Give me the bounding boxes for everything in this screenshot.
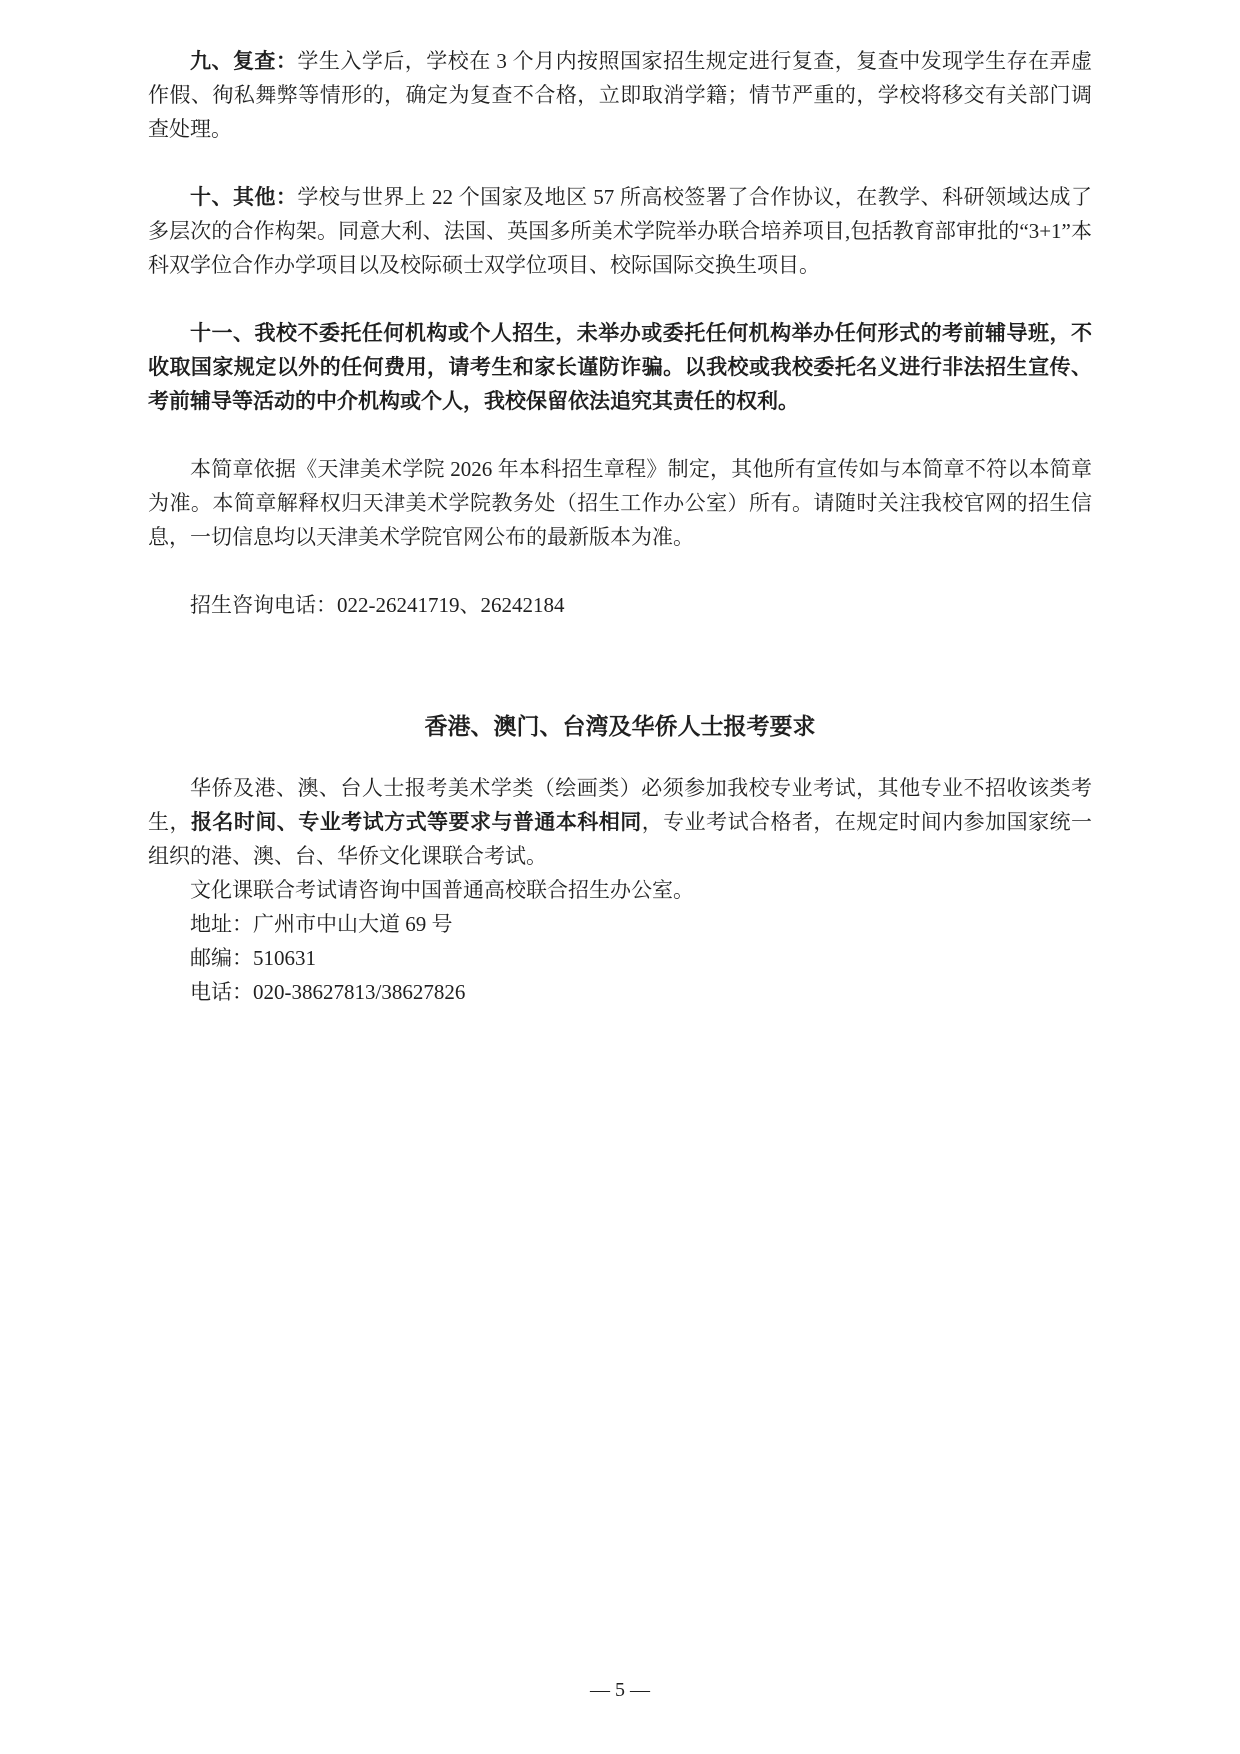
document-page: 九、复查：学生入学后，学校在 3 个月内按照国家招生规定进行复查，复查中发现学生… [0, 0, 1240, 1754]
address-line: 地址：广州市中山大道 69 号 [148, 907, 1092, 941]
others-paragraph: 十、其他：学校与世界上 22 个国家及地区 57 所高校签署了合作协议，在教学、… [148, 180, 1092, 282]
text-run: 邮编：510631 [190, 946, 316, 970]
admission-hotline-paragraph: 招生咨询电话：022-26241719、26242184 [148, 588, 1092, 622]
bold-text-run: 十、其他： [190, 185, 297, 209]
bold-text-run: 九、复查： [190, 49, 297, 73]
hmt-overseas-section-title: 香港、澳门、台湾及华侨人士报考要求 [148, 707, 1092, 747]
text-run: 电话：020-38627813/38627826 [190, 980, 465, 1004]
joint-exam-info-line: 文化课联合考试请咨询中国普通高校联合招生办公室。 [148, 873, 1092, 907]
hmt-requirements-paragraph: 华侨及港、澳、台人士报考美术学类（绘画类）必须参加我校专业考试，其他专业不招收该… [148, 771, 1092, 873]
text-run: 地址：广州市中山大道 69 号 [190, 912, 453, 936]
phone-line: 电话：020-38627813/38627826 [148, 975, 1092, 1009]
anti-fraud-paragraph: 十一、我校不委托任何机构或个人招生，未举办或委托任何机构举办任何形式的考前辅导班… [148, 316, 1092, 418]
page-number: — 5 — [0, 1679, 1240, 1702]
text-run: 招生咨询电话：022-26241719、26242184 [190, 593, 565, 617]
text-run: 本简章依据《天津美术学院 2026 年本科招生章程》制定，其他所有宣传如与本简章… [148, 457, 1092, 549]
charter-basis-paragraph: 本简章依据《天津美术学院 2026 年本科招生章程》制定，其他所有宣传如与本简章… [148, 452, 1092, 554]
recheck-paragraph: 九、复查：学生入学后，学校在 3 个月内按照国家招生规定进行复查，复查中发现学生… [148, 44, 1092, 146]
document-body: 九、复查：学生入学后，学校在 3 个月内按照国家招生规定进行复查，复查中发现学生… [0, 0, 1240, 1009]
bold-text-run: 报名时间、专业考试方式等要求与普通本科相同 [191, 810, 642, 834]
postcode-line: 邮编：510631 [148, 941, 1092, 975]
text-run: 文化课联合考试请咨询中国普通高校联合招生办公室。 [190, 878, 694, 902]
bold-text-run: 十一、我校不委托任何机构或个人招生，未举办或委托任何机构举办任何形式的考前辅导班… [148, 321, 1092, 413]
